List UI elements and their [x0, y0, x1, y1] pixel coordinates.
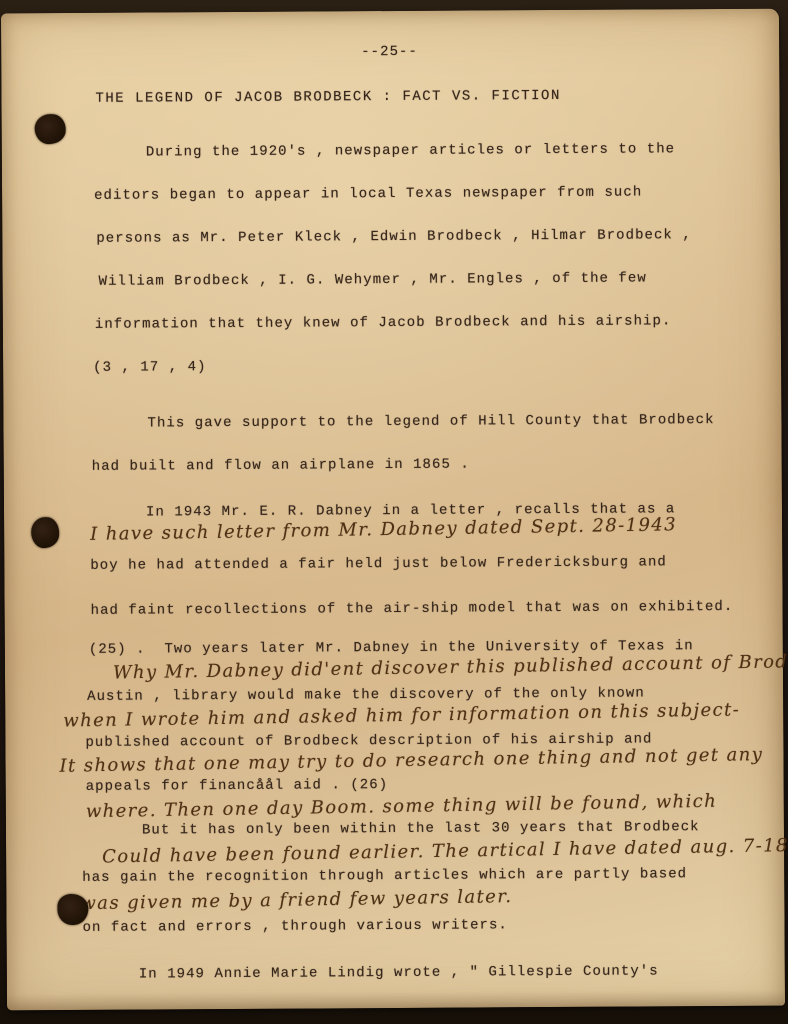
ink-blot [35, 114, 66, 144]
page-title: THE LEGEND OF JACOB BRODBECK : FACT VS. … [95, 88, 560, 107]
paper-edge-shadow [7, 990, 785, 1011]
typed-line: information that they knew of Jacob Brod… [95, 313, 672, 333]
typed-line: editors began to appear in local Texas n… [94, 184, 642, 203]
typed-line: on fact and errors , through various wri… [83, 917, 508, 936]
typed-line: In 1949 Annie Marie Lindig wrote , " Gil… [139, 963, 659, 982]
typed-line: had faint recollections of the air-ship … [91, 599, 734, 619]
typed-line: appeals for financåål aid . (26) [86, 777, 389, 795]
typed-line: (3 , 17 , 4) [93, 359, 207, 376]
ink-blot [57, 894, 88, 925]
handwritten-annotation: where. Then one day Boom. some thing wil… [86, 791, 718, 822]
document-photo: --25-- THE LEGEND OF JACOB BRODBECK : FA… [0, 0, 788, 1024]
typed-line: William Brodbeck , I. G. Wehymer , Mr. E… [99, 270, 647, 289]
typed-line: has gain the recognition through article… [82, 866, 687, 886]
typed-line: had built and flow an airplane in 1865 . [92, 457, 470, 475]
typed-line: But it has only been within the last 30 … [142, 819, 700, 838]
typed-line: This gave support to the legend of Hill … [147, 412, 714, 431]
typed-line: persons as Mr. Peter Kleck , Edwin Brodb… [96, 227, 692, 247]
handwritten-annotation: was given me by a friend few years later… [80, 886, 512, 914]
typed-line: During the 1920's , newspaper articles o… [146, 141, 675, 160]
ink-blot [31, 517, 59, 548]
handwritten-annotation: Could have been found earlier. The artic… [102, 835, 788, 868]
manuscript-page: --25-- THE LEGEND OF JACOB BRODBECK : FA… [1, 9, 785, 1011]
typed-line: boy he had attended a fair held just bel… [90, 554, 667, 574]
page-number: --25-- [361, 44, 418, 60]
